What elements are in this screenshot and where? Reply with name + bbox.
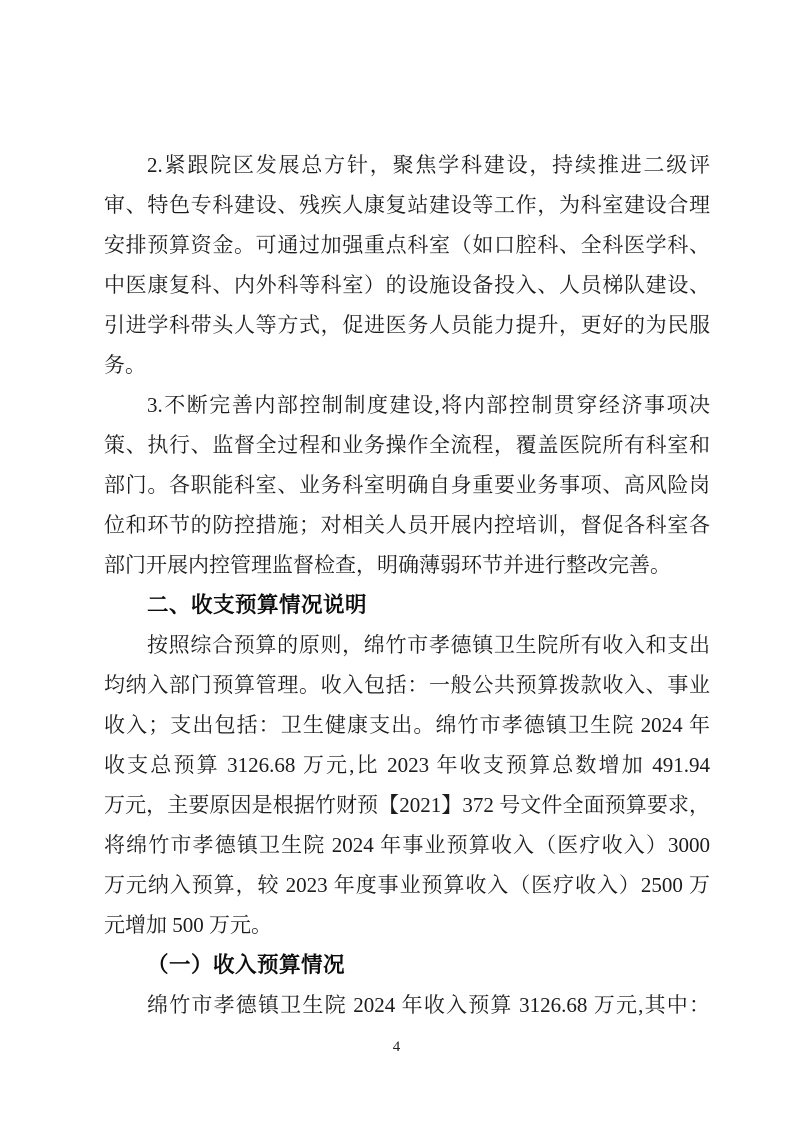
text-line: 收支总预算 3126.68 万元,比 2023 年收支预算总数增加 491.94 [104, 745, 710, 785]
subsection-heading: （一）收入预算情况 [104, 945, 710, 985]
text-line: 位和环节的防控措施；对相关人员开展内控培训，督促各科室各 [104, 505, 710, 545]
text-line: 收入；支出包括：卫生健康支出。绵竹市孝德镇卫生院 2024 年 [104, 705, 710, 745]
text-line: 引进学科带头人等方式，促进医务人员能力提升，更好的为民服 [104, 305, 710, 345]
text-line: 中医康复科、内外科等科室）的设施设备投入、人员梯队建设、 [104, 265, 710, 305]
text-line: 审、特色专科建设、残疾人康复站建设等工作，为科室建设合理 [104, 185, 710, 225]
text-line: 绵竹市孝德镇卫生院 2024 年收入预算 3126.68 万元,其中： [104, 985, 710, 1025]
text-line: 安排预算资金。可通过加强重点科室（如口腔科、全科医学科、 [104, 225, 710, 265]
text-line: 将绵竹市孝德镇卫生院 2024 年事业预算收入（医疗收入）3000 [104, 825, 710, 865]
page-number: 4 [0, 1036, 793, 1058]
text-line: 部门。各职能科室、业务科室明确自身重要业务事项、高风险岗 [104, 465, 710, 505]
text-line: 万元纳入预算，较 2023 年度事业预算收入（医疗收入）2500 万 [104, 865, 710, 905]
text-line: 元增加 500 万元。 [104, 905, 710, 945]
document-content: 2.紧跟院区发展总方针，聚焦学科建设，持续推进二级评 审、特色专科建设、残疾人康… [104, 145, 710, 1025]
text-line: 务。 [104, 345, 710, 385]
document-page: 2.紧跟院区发展总方针，聚焦学科建设，持续推进二级评 审、特色专科建设、残疾人康… [0, 0, 793, 1122]
text-line: 2.紧跟院区发展总方针，聚焦学科建设，持续推进二级评 [104, 145, 710, 185]
text-line: 3.不断完善内部控制制度建设,将内部控制贯穿经济事项决 [104, 385, 710, 425]
text-line: 万元，主要原因是根据竹财预【2021】372 号文件全面预算要求， [104, 785, 710, 825]
text-line: 策、执行、监督全过程和业务操作全流程，覆盖医院所有科室和 [104, 425, 710, 465]
text-line: 按照综合预算的原则，绵竹市孝德镇卫生院所有收入和支出 [104, 625, 710, 665]
section-heading: 二、收支预算情况说明 [104, 585, 710, 625]
text-line: 部门开展内控管理监督检查，明确薄弱环节并进行整改完善。 [104, 545, 710, 585]
text-line: 均纳入部门预算管理。收入包括：一般公共预算拨款收入、事业 [104, 665, 710, 705]
